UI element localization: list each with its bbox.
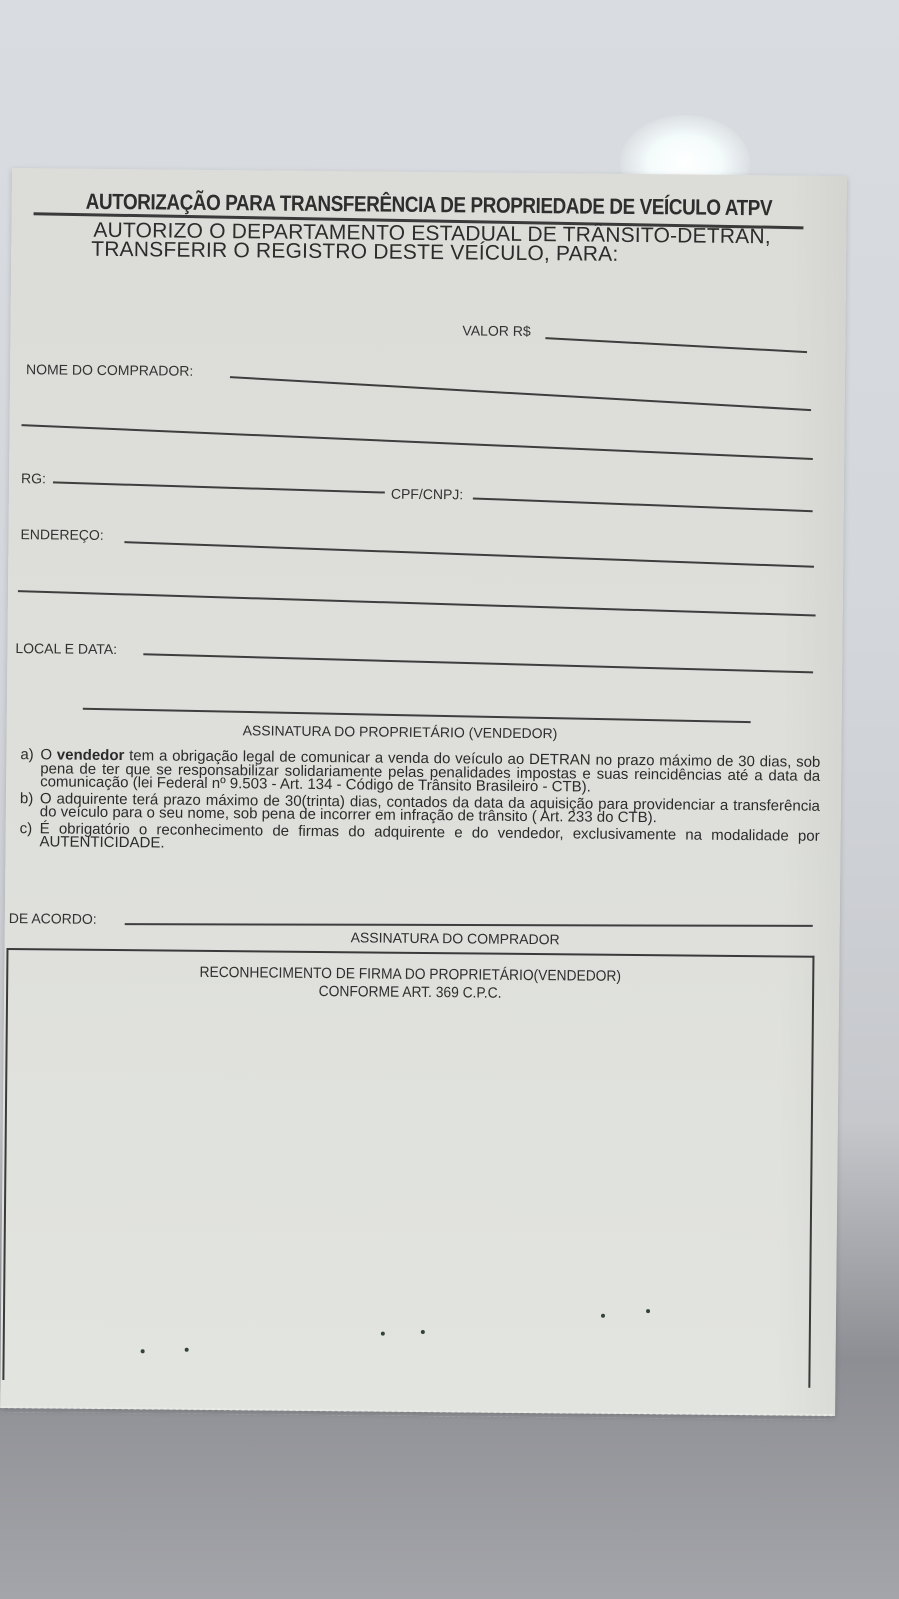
note-a-key: a) [20, 748, 40, 789]
atpv-form-paper: AUTORIZAÇÃO PARA TRANSFERÊNCIA DE PROPRI… [0, 168, 847, 1416]
ink-speck [421, 1330, 425, 1334]
ink-speck [381, 1332, 385, 1336]
ink-speck [646, 1309, 650, 1313]
endereco-input-line-2[interactable] [18, 590, 816, 616]
ink-speck [601, 1314, 605, 1318]
nome-comprador-input-line[interactable] [230, 376, 811, 411]
valor-input-line[interactable] [545, 337, 807, 353]
note-a-text: O vendedor tem a obrigação legal de comu… [40, 748, 820, 796]
endereco-label: ENDEREÇO: [20, 526, 103, 543]
buyer-signature-line[interactable] [125, 923, 813, 927]
notary-box-title: RECONHECIMENTO DE FIRMA DO PROPRIETÁRIO(… [40, 962, 780, 1005]
note-c-text: É obrigatório o reconhecimento de firmas… [39, 822, 819, 856]
cpf-cnpj-input-line[interactable] [473, 497, 813, 512]
nome-comprador-label: NOME DO COMPRADOR: [26, 361, 193, 379]
note-a: a) O vendedor tem a obrigação legal de c… [20, 748, 820, 796]
local-data-input-line[interactable] [143, 653, 813, 673]
local-data-label: LOCAL E DATA: [15, 640, 117, 657]
note-c: c) É obrigatório o reconhecimento de fir… [19, 822, 819, 857]
torn-perforated-edge [0, 1406, 835, 1420]
cpf-cnpj-label: CPF/CNPJ: [391, 486, 463, 503]
note-b-key: b) [20, 792, 40, 819]
ink-speck [141, 1349, 145, 1353]
seller-signature-label: ASSINATURA DO PROPRIETÁRIO (VENDEDOR) [243, 722, 558, 741]
legal-notes: a) O vendedor tem a obrigação legal de c… [19, 748, 820, 859]
rg-input-line[interactable] [53, 481, 385, 493]
ink-speck [185, 1348, 189, 1352]
seller-signature-line[interactable] [83, 708, 751, 723]
nome-comprador-input-line-2[interactable] [21, 424, 812, 460]
note-a-body: tem a obrigação legal de comunicar a ven… [40, 747, 820, 795]
note-c-key: c) [19, 822, 39, 849]
endereco-input-line[interactable] [124, 541, 814, 568]
rg-label: RG: [21, 470, 46, 486]
de-acordo-label: DE ACORDO: [9, 910, 97, 927]
valor-label: VALOR R$ [462, 322, 530, 339]
buyer-signature-label: ASSINATURA DO COMPRADOR [351, 929, 560, 947]
notary-recognition-box: RECONHECIMENTO DE FIRMA DO PROPRIETÁRIO(… [2, 948, 814, 1388]
form-subtitle: AUTORIZO O DEPARTAMENTO ESTADUAL DE TRÂN… [93, 221, 771, 266]
